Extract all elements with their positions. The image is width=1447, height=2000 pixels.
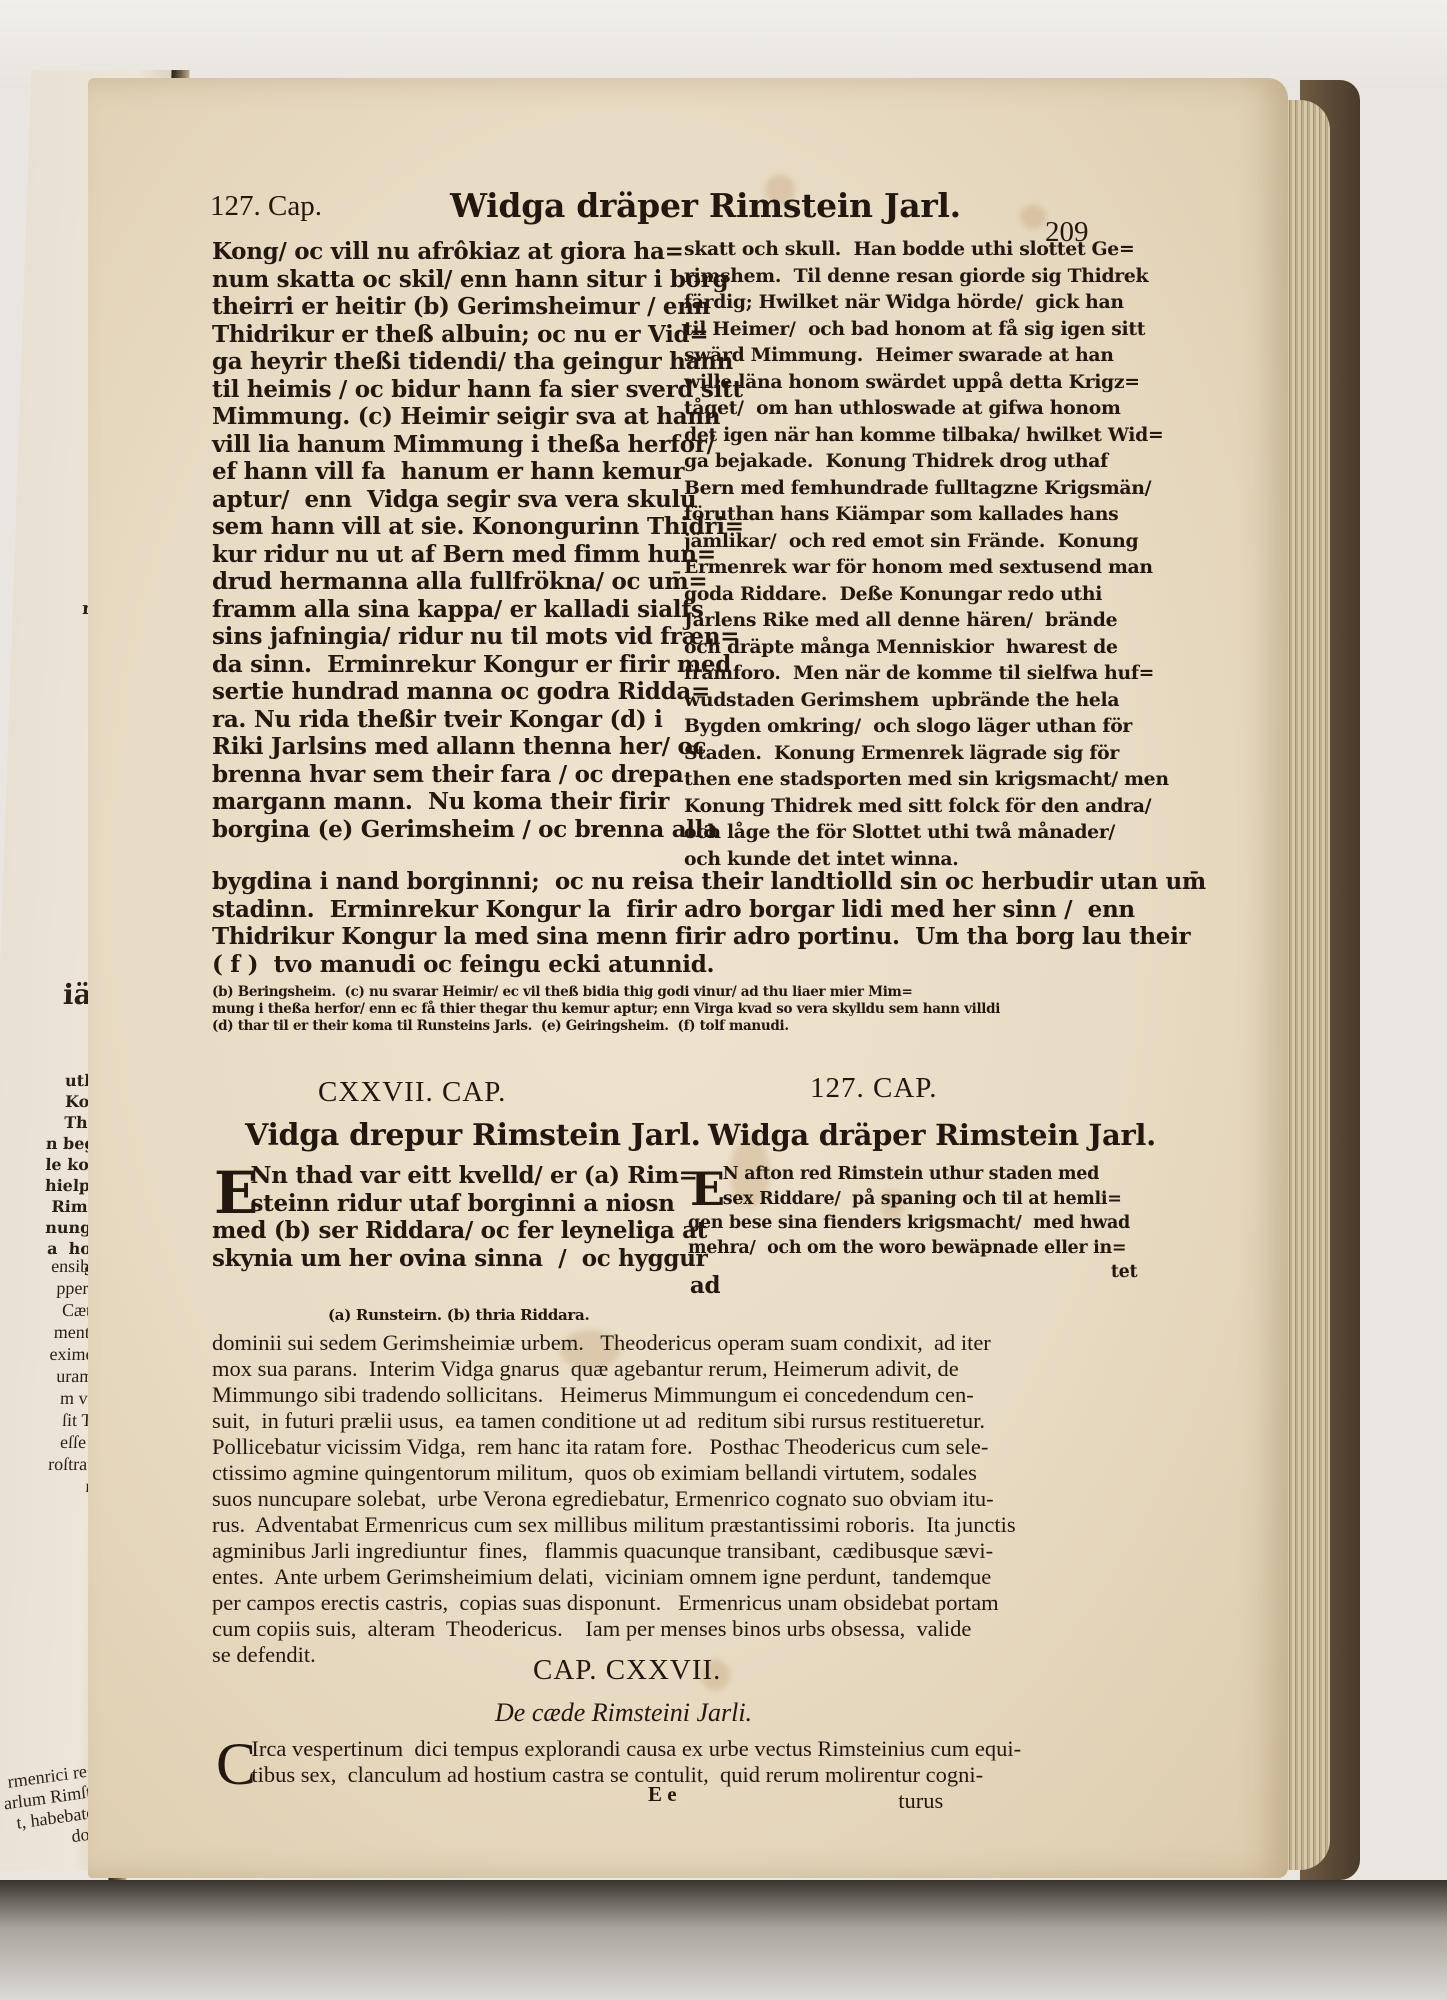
background-top	[0, 0, 1447, 90]
table-surface	[0, 1880, 1447, 2000]
latin-chapter-heading: CAP. CXXVII.	[533, 1654, 721, 1687]
chapter-heading-roman: CXXVII. CAP.	[318, 1076, 506, 1109]
swedish-chapter-text: N afton red Rimstein uthur staden med se…	[688, 1162, 1088, 1285]
chapter-label: 127. Cap.	[210, 190, 322, 223]
latin-chapter-title: De cæde Rimsteini Jarli.	[495, 1698, 752, 1728]
printer-signature: E e	[648, 1782, 677, 1807]
old-norse-full-width-text: bygdina i nand borginnni; oc nu reisa th…	[212, 868, 1092, 978]
footnotes: (b) Beringsheim. (c) nu svarar Heimir/ e…	[212, 984, 1092, 1035]
swedish-column: skatt och skull. Han bodde uthi slottet …	[684, 236, 1094, 872]
swedish-chapter-title: Widga dräper Rimstein Jarl.	[708, 1118, 1156, 1152]
running-head: 127. Cap. Widga dräper Rimstein Jarl. 20…	[210, 190, 1090, 230]
chapter-heading-arabic: 127. CAP.	[810, 1072, 937, 1105]
old-norse-column: Kong/ oc vill nu afrôkiaz at giora ha= n…	[212, 238, 667, 843]
old-norse-chapter-text: Nn thad var eitt kvelld/ er (a) Rim= ste…	[212, 1162, 667, 1300]
chapter-footnote: (a) Runsteirn. (b) thria Riddara.	[328, 1306, 589, 1324]
page-title: Widga dräper Rimstein Jarl.	[450, 186, 961, 225]
old-norse-chapter-title: Vidga drepur Rimstein Jarl.	[245, 1118, 701, 1153]
latin-translation: dominii sui sedem Gerimsheimiæ urbem. Th…	[212, 1330, 1092, 1668]
